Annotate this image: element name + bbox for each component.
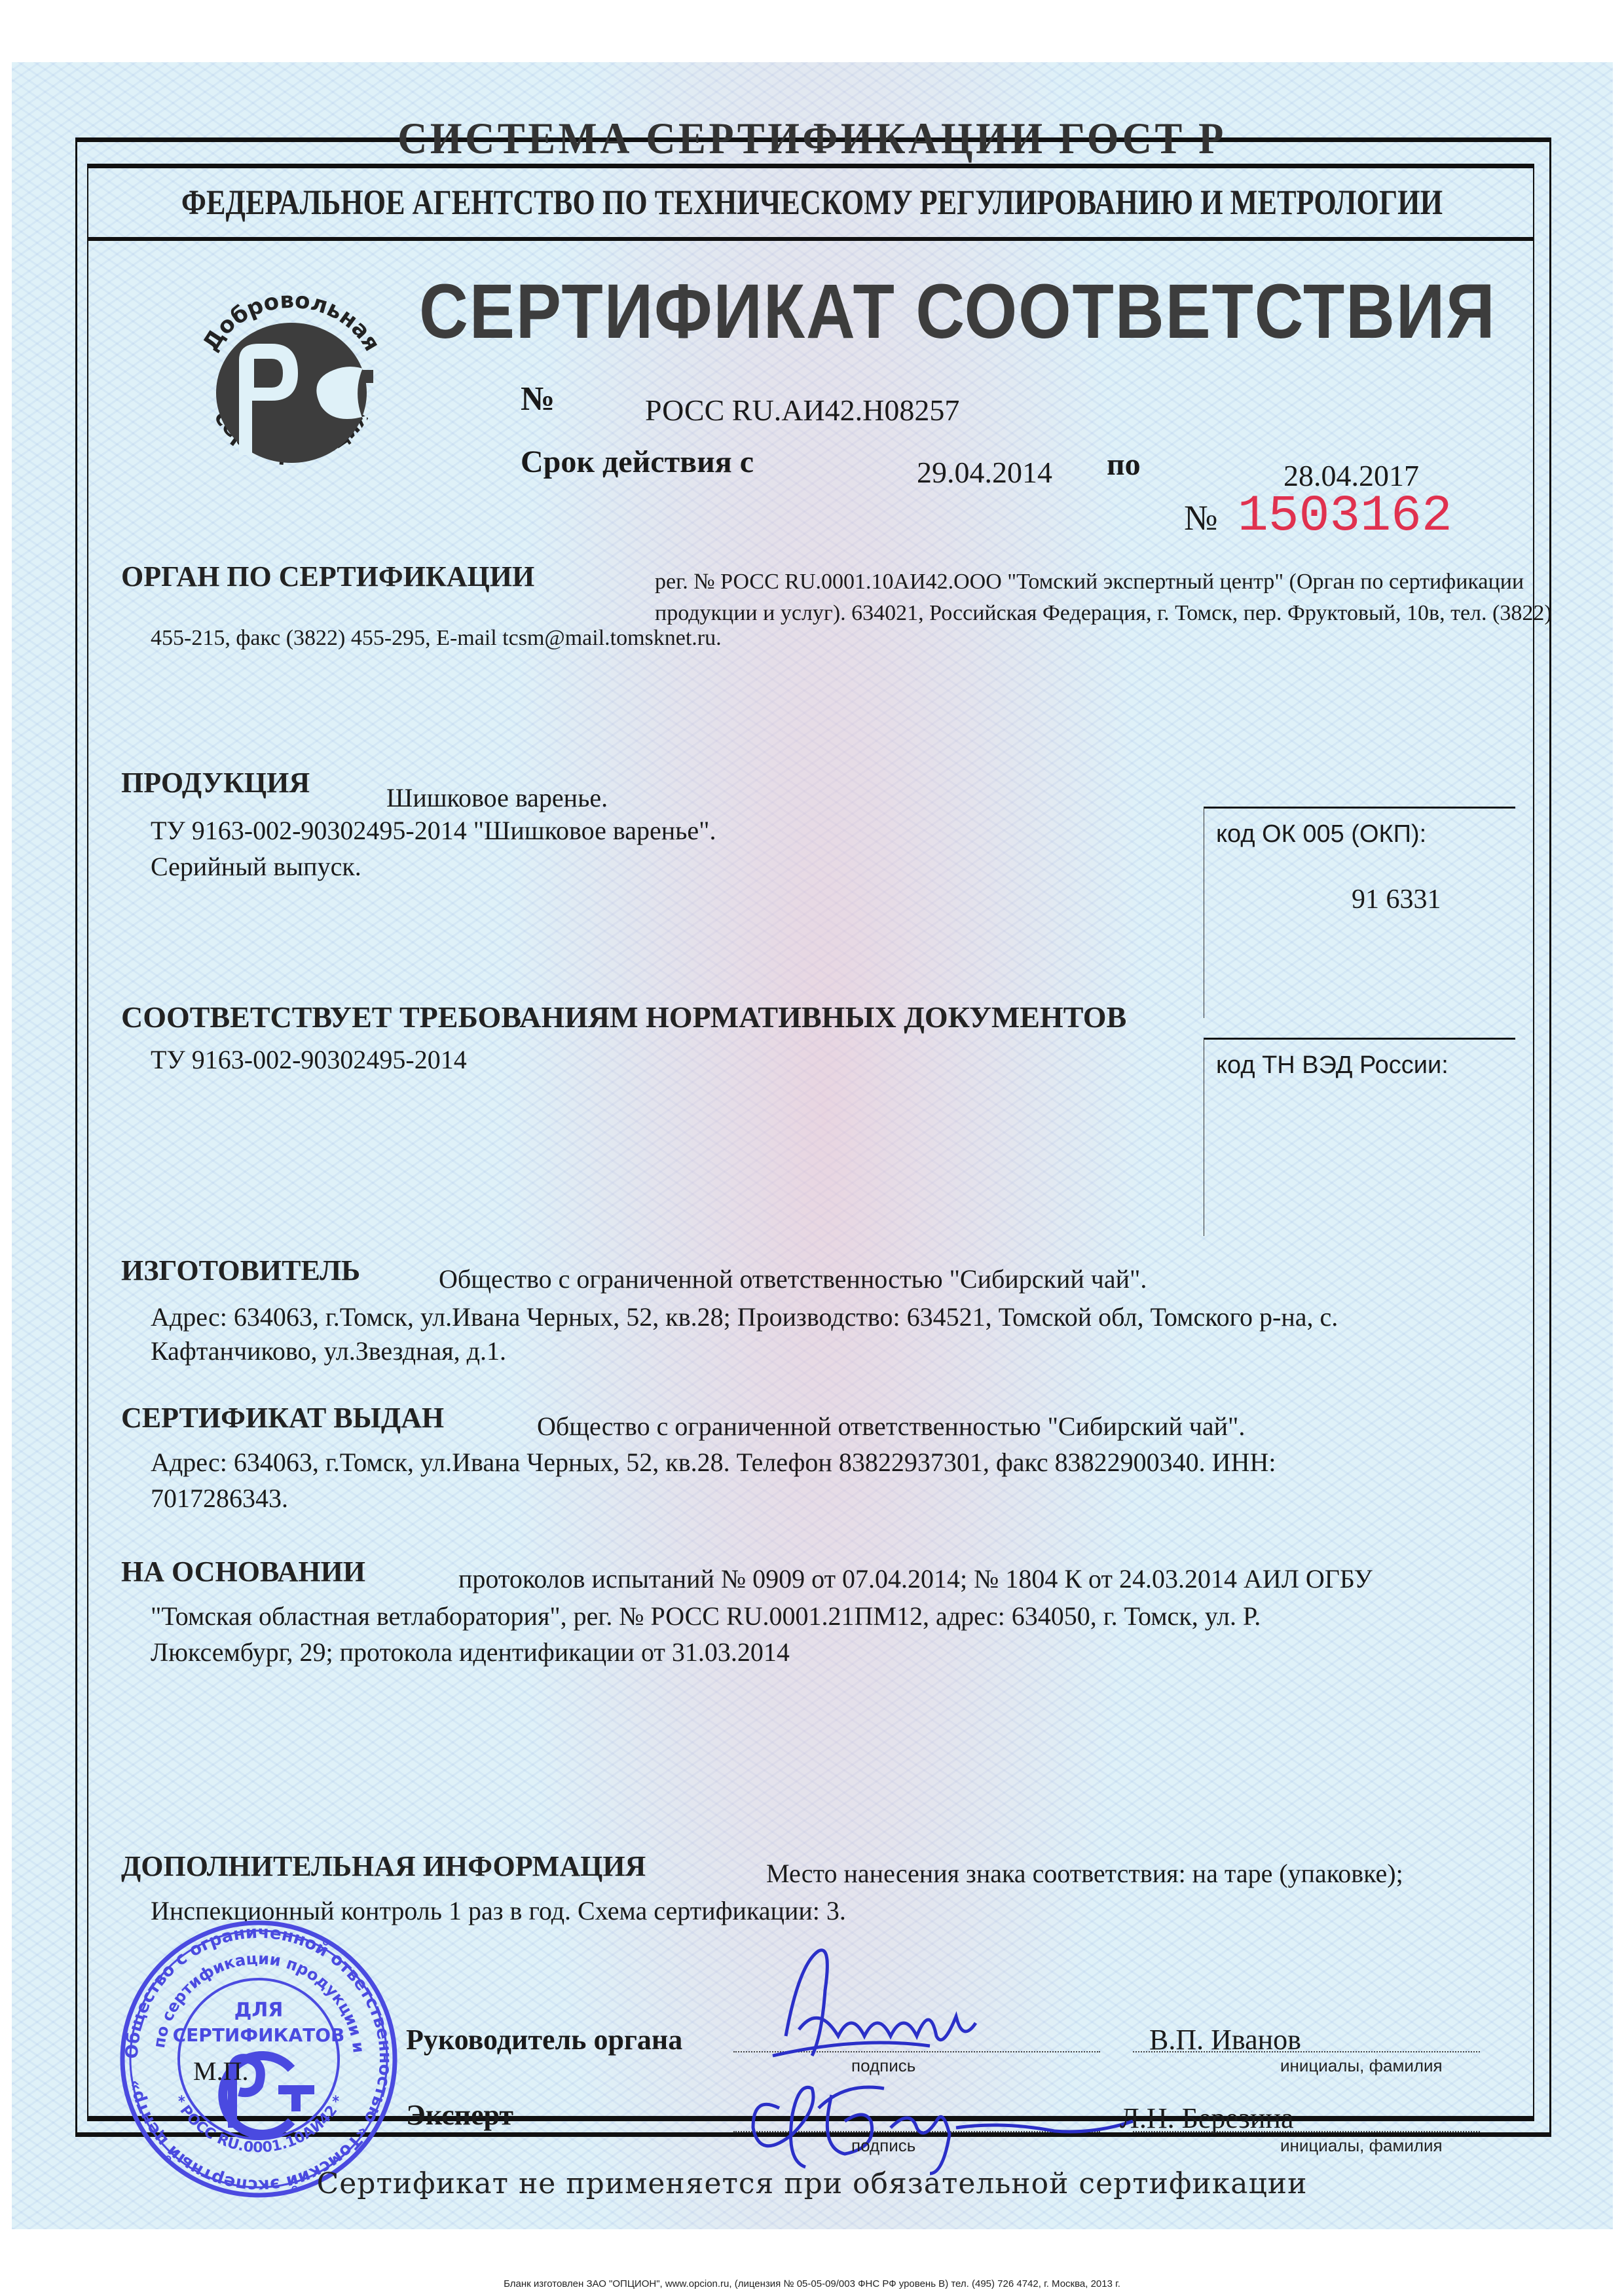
additional-info-label: ДОПОЛНИТЕЛЬНАЯ ИНФОРМАЦИЯ xyxy=(121,1850,646,1883)
document-title: СЕРТИФИКАТ СООТВЕТСТВИЯ xyxy=(419,267,1496,356)
manufacturer-label: ИЗГОТОВИТЕЛЬ xyxy=(121,1254,360,1287)
additional-info-line: Место нанесения знака соответствия: на т… xyxy=(766,1858,1403,1889)
okp-code-label: код ОК 005 (ОКП): xyxy=(1216,820,1426,848)
conformity-label: СООТВЕТСТВУЕТ ТРЕБОВАНИЯМ НОРМАТИВНЫХ ДО… xyxy=(121,1000,1126,1034)
okp-code-value: 91 6331 xyxy=(1352,884,1441,915)
signature-caption: подпись xyxy=(851,2056,915,2076)
expert-label: Эксперт xyxy=(406,2098,513,2132)
svg-text:* РОСС RU.0001.10АИ42 *: * РОСС RU.0001.10АИ42 * xyxy=(170,2093,347,2157)
issued-to-text-line: Адрес: 634063, г.Томск, ул.Ивана Черных,… xyxy=(151,1447,1276,1478)
agency-title: ФЕДЕРАЛЬНОЕ АГЕНТСТВО ПО ТЕХНИЧЕСКОМУ РЕ… xyxy=(146,182,1478,223)
head-signature-icon xyxy=(760,1938,1035,2069)
organ-text-line: 455-215, факс (3822) 455-295, E-mail tcs… xyxy=(151,626,722,651)
name-caption: инициалы, фамилия xyxy=(1280,2136,1443,2156)
head-of-body-label: Руководитель органа xyxy=(406,2023,682,2056)
issued-to-label: СЕРТИФИКАТ ВЫДАН xyxy=(121,1401,444,1434)
tnved-code-box: код ТН ВЭД России: xyxy=(1204,1038,1515,1236)
product-text-line: ТУ 9163-002-90302495-2014 "Шишковое варе… xyxy=(151,815,716,846)
expert-name: Л.Н. Березина xyxy=(1120,2102,1293,2135)
manufacturer-text-line: Кафтанчиково, ул.Звездная, д.1. xyxy=(151,1336,506,1366)
basis-text-line: Люксембург, 29; протокола идентификации … xyxy=(151,1637,790,1667)
system-title: СИСТЕМА СЕРТИФИКАЦИИ ГОСТ Р xyxy=(65,113,1559,164)
organ-text-line: рег. № РОСС RU.0001.10АИ42.ООО "Томский … xyxy=(655,570,1524,594)
conformity-value: ТУ 9163-002-90302495-2014 xyxy=(151,1044,467,1075)
organ-text-line: продукции и услуг). 634021, Российская Ф… xyxy=(655,601,1552,626)
print-footer: Бланк изготовлен ЗАО "ОПЦИОН", www.opcio… xyxy=(0,2278,1624,2289)
rst-logo-icon: Добровольная сертификация xyxy=(183,282,399,491)
organ-label: ОРГАН ПО СЕРТИФИКАЦИИ xyxy=(121,560,534,593)
tnved-code-label: код ТН ВЭД России: xyxy=(1216,1051,1449,1080)
expert-signature-icon xyxy=(740,2069,1146,2180)
disclaimer: Сертификат не применяется при обязательн… xyxy=(0,2167,1624,2200)
basis-text-line: "Томская областная ветлаборатория", рег.… xyxy=(151,1601,1261,1631)
number-sign: № xyxy=(521,380,555,418)
issued-to-text-line: Общество с ограниченной ответственностью… xyxy=(537,1411,1245,1442)
svg-text:СЕРТИФИКАТОВ: СЕРТИФИКАТОВ xyxy=(173,2024,345,2046)
seal-place-label: М.П. xyxy=(193,2056,248,2086)
product-label: ПРОДУКЦИЯ xyxy=(121,766,310,799)
basis-label: НА ОСНОВАНИИ xyxy=(121,1555,365,1588)
issued-to-text-line: 7017286343. xyxy=(151,1483,288,1514)
okp-code-box: код ОК 005 (ОКП): 91 6331 xyxy=(1204,807,1515,1018)
blank-serial-number: 1503162 xyxy=(1238,488,1452,545)
manufacturer-text-line: Адрес: 634063, г.Томск, ул.Ивана Черных,… xyxy=(151,1302,1338,1332)
valid-to-label: по xyxy=(1107,446,1141,483)
svg-text:ДЛЯ: ДЛЯ xyxy=(234,1999,284,2022)
validity-label: Срок действия с xyxy=(521,444,754,480)
header-divider xyxy=(87,237,1534,241)
product-text-line: Серийный выпуск. xyxy=(151,851,361,882)
seal-stamp-icon: Общество с ограниченной ответственностью… xyxy=(118,1918,399,2200)
head-name: В.П. Иванов xyxy=(1149,2023,1301,2056)
certificate-number: РОСС RU.АИ42.Н08257 xyxy=(645,393,959,428)
basis-text-line: протоколов испытаний № 0909 от 07.04.201… xyxy=(458,1563,1373,1594)
signature-caption: подпись xyxy=(851,2136,915,2156)
blank-number-sign: № xyxy=(1184,498,1218,538)
valid-from-date: 29.04.2014 xyxy=(917,455,1052,490)
product-text-line: Шишковое варенье. xyxy=(386,782,608,813)
name-caption: инициалы, фамилия xyxy=(1280,2056,1443,2076)
manufacturer-text-line: Общество с ограниченной ответственностью… xyxy=(439,1264,1147,1294)
